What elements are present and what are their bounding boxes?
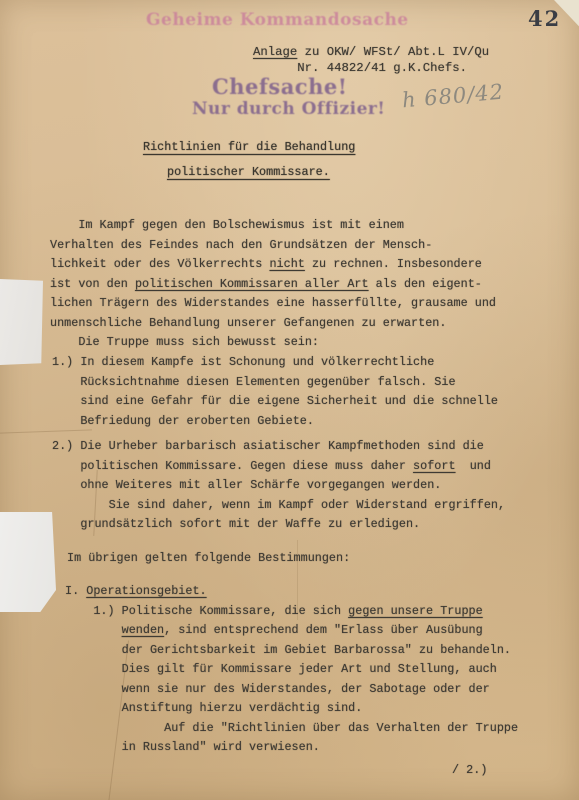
chefsache-stamp-line1: Chefsache! [212, 74, 347, 99]
body-paragraph-1: Im Kampf gegen den Bolschewismus ist mit… [50, 216, 496, 353]
document-title-line2: politischer Kommissare. [167, 165, 330, 179]
directive-item-2: 2.) Die Urheber barbarisch asiatischer K… [52, 437, 505, 535]
repair-patch-top [0, 279, 43, 365]
document-page: Geheime Kommandosache 42 Anlage zu OKW/ … [0, 0, 579, 800]
page-number: 42 [528, 6, 561, 31]
secret-classification-stamp: Geheime Kommandosache [146, 10, 409, 30]
repair-patch-bottom [0, 512, 56, 612]
chefsache-stamp-line2: Nur durch Offizier! [192, 99, 385, 119]
document-title-line1: Richtlinien für die Behandlung [143, 140, 355, 154]
handwritten-reference: h 680/42 [401, 80, 505, 113]
directive-item-1: 1.) In diesem Kampfe ist Schonung und vö… [52, 353, 498, 431]
interlude-line: Im übrigen gelten folgende Bestimmungen: [67, 549, 350, 569]
section-operationsgebiet: I. Operationsgebiet. 1.) Politische Komm… [65, 582, 518, 758]
reference-block: Anlage zu OKW/ WFSt/ Abt.L IV/Qu Nr. 448… [253, 44, 489, 76]
footer-page-ref: / 2.) [452, 761, 487, 781]
